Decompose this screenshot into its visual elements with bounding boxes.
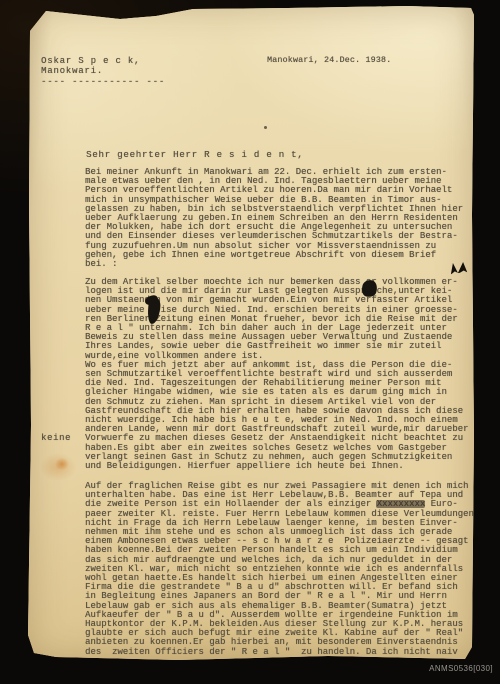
archive-id-label: ANMS0536[030]	[429, 664, 493, 673]
sender-place: Manokwari.	[41, 66, 165, 76]
margin-note: keine	[41, 433, 71, 443]
paragraph-3: Auf der fraglichen Reise gibt es nur zwe…	[85, 482, 474, 657]
dateline: Manokwari, 24.Dec. 1938.	[267, 56, 391, 65]
sender-underline: ---- ----------- ---	[41, 77, 165, 87]
ink-mark-double-peak	[448, 261, 468, 274]
salutation: Sehr geehrter Herr R e s i d e n t,	[86, 149, 303, 160]
sender-block: Oskar S p e c k, Manokwari. ---- -------…	[41, 56, 165, 87]
paragraph-1: Bei meiner Ankunft in Manokwari am 22. D…	[85, 168, 463, 269]
sender-name: Oskar S p e c k,	[41, 56, 165, 66]
paragraph-2: Zu dem Artikel selber moechte ich nur be…	[85, 278, 468, 471]
paper-speck	[264, 126, 267, 129]
photo-frame: Oskar S p e c k, Manokwari. ---- -------…	[0, 0, 500, 684]
overtyped-strikeout	[376, 500, 425, 508]
letter-page: Oskar S p e c k, Manokwari. ---- -------…	[28, 5, 474, 661]
